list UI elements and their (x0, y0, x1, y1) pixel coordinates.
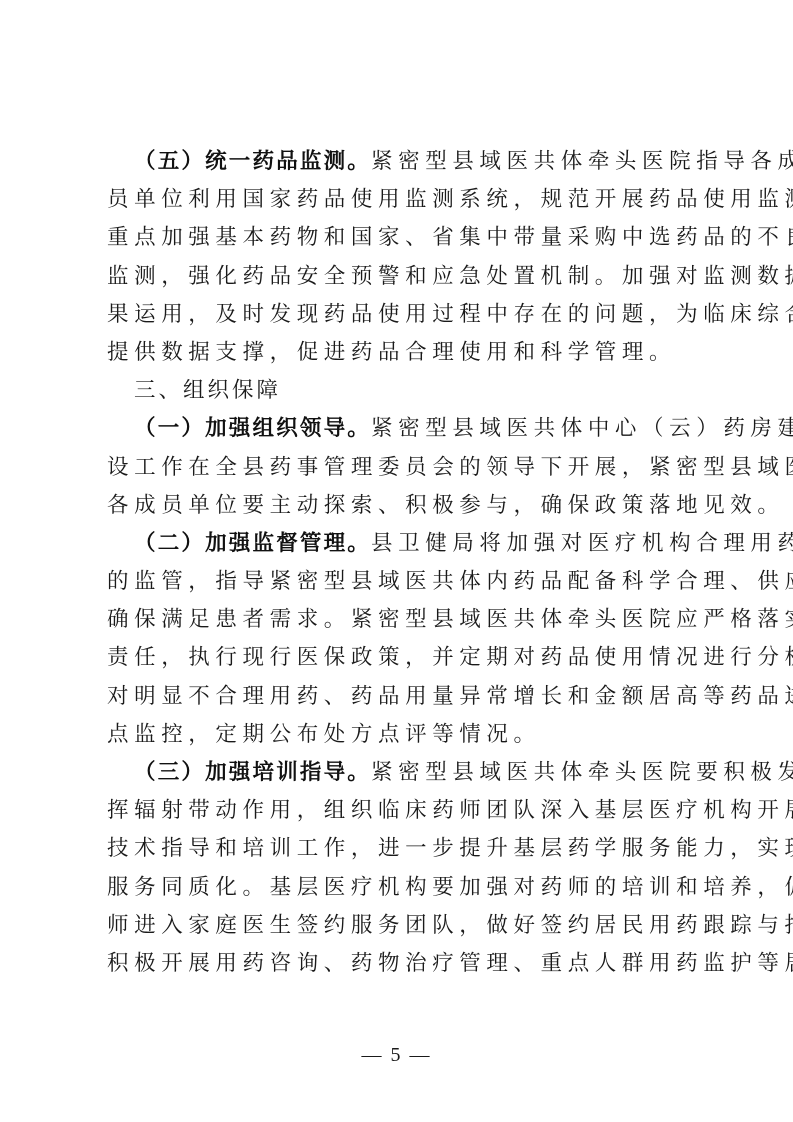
paragraph-line: 监测，强化药品安全预警和应急处置机制。加强对监测数据的结 (107, 258, 693, 296)
paragraph-heading-3: （三）加强培训指导。 (134, 760, 371, 785)
paragraph-line: 确保满足患者需求。紧密型县域医共体牵头医院应严格落实主体 (107, 601, 693, 639)
paragraph-line: （二）加强监督管理。县卫健局将加强对医疗机构合理用药 (107, 525, 693, 563)
paragraph-line: 提供数据支撑，促进药品合理使用和科学管理。 (107, 334, 693, 372)
paragraph-line: （一）加强组织领导。紧密型县域医共体中心（云）药房建 (107, 410, 693, 448)
page-number: — 5 — (0, 1044, 793, 1067)
paragraph-line: 技术指导和培训工作，进一步提升基层药学服务能力，实现药学 (107, 830, 693, 868)
paragraph-text: 紧密型县域医共体牵头医院要积极发 (371, 760, 793, 785)
paragraph-text: 紧密型县域医共体中心（云）药房建 (371, 416, 793, 441)
paragraph-line: 责任，执行现行医保政策，并定期对药品使用情况进行分析评估， (107, 639, 693, 677)
paragraph-line: 设工作在全县药事管理委员会的领导下开展，紧密型县域医共体 (107, 449, 693, 487)
paragraph-line: 服务同质化。基层医疗机构要加强对药师的培训和培养，促进药 (107, 869, 693, 907)
paragraph-line: 员单位利用国家药品使用监测系统，规范开展药品使用监测工作， (107, 181, 693, 219)
document-page: （五）统一药品监测。紧密型县域医共体牵头医院指导各成 员单位利用国家药品使用监测… (0, 0, 793, 1122)
paragraph-line: 挥辐射带动作用，组织临床药师团队深入基层医疗机构开展药学 (107, 792, 693, 830)
paragraph-line: 点监控，定期公布处方点评等情况。 (107, 716, 693, 754)
section-title-organization: 三、组织保障 (107, 372, 693, 410)
paragraph-line: 各成员单位要主动探索、积极参与，确保政策落地见效。 (107, 487, 693, 525)
paragraph-line: 果运用，及时发现药品使用过程中存在的问题，为临床综合评价 (107, 296, 693, 334)
paragraph-heading-2: （二）加强监督管理。 (134, 531, 371, 556)
paragraph-heading-5: （五）统一药品监测。 (134, 149, 371, 174)
paragraph-text: 县卫健局将加强对医疗机构合理用药 (371, 531, 793, 556)
paragraph-line: 的监管，指导紧密型县域医共体内药品配备科学合理、供应充足， (107, 563, 693, 601)
paragraph-text: 紧密型县域医共体牵头医院指导各成 (371, 149, 793, 174)
paragraph-line: 对明显不合理用药、药品用量异常增长和金额居高等药品进行重 (107, 678, 693, 716)
paragraph-line: 积极开展用药咨询、药物治疗管理、重点人群用药监护等居家药 (107, 945, 693, 983)
document-body: （五）统一药品监测。紧密型县域医共体牵头医院指导各成 员单位利用国家药品使用监测… (107, 143, 693, 983)
paragraph-line: 师进入家庭医生签约服务团队，做好签约居民用药跟踪与指导， (107, 907, 693, 945)
paragraph-line: （五）统一药品监测。紧密型县域医共体牵头医院指导各成 (107, 143, 693, 181)
paragraph-heading-1: （一）加强组织领导。 (134, 416, 371, 441)
paragraph-line: （三）加强培训指导。紧密型县域医共体牵头医院要积极发 (107, 754, 693, 792)
paragraph-line: 重点加强基本药物和国家、省集中带量采购中选药品的不良反应 (107, 219, 693, 257)
